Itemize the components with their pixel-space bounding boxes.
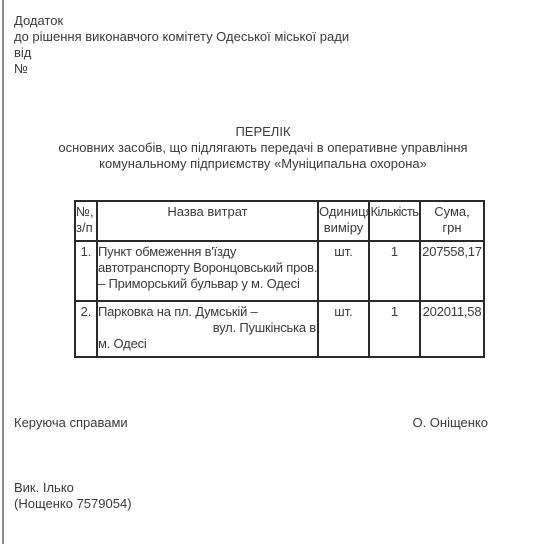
col-header-num-line-2: з/п [76, 220, 96, 236]
document-title-block: ПЕРЕЛІК основних засобів, що підлягають … [14, 124, 512, 172]
row-name-line: автотранспорту Воронцовський пров. [98, 260, 317, 276]
row-qty-cell: 1 [369, 301, 420, 357]
executor-block: Вик. Ілько (Нощенко 7579054) [14, 480, 556, 512]
executor-phone-line: (Нощенко 7579054) [14, 496, 556, 512]
col-header-num-line-1: №, [76, 204, 96, 220]
row-name-line: Пункт обмеження в'їзду [98, 244, 317, 260]
appendix-header: Додаток до рішення виконавчого комітету … [14, 13, 556, 77]
col-header-unit: Одиниця виміру [318, 201, 369, 241]
row-num-cell: 1. [75, 241, 97, 301]
row-sum-cell: 207558,17 [420, 241, 484, 301]
signature-row: Керуюча справами О. Оніщенко [14, 415, 488, 431]
row-name-cell: Пункт обмеження в'їзду автотранспорту Во… [97, 241, 318, 301]
window-left-edge-line [2, 0, 4, 544]
document-content: Додаток до рішення виконавчого комітету … [0, 0, 556, 512]
table-row: 2. Парковка на пл. Думській – вул. Пушкі… [75, 301, 484, 357]
appendix-header-line-2: до рішення виконавчого комітету Одеської… [14, 29, 556, 45]
col-header-num: №, з/п [75, 201, 97, 241]
row-num-cell: 2. [75, 301, 97, 357]
row-sum-cell: 202011,58 [420, 301, 484, 357]
row-name-line: – Приморський бульвар у м. Одесі [98, 276, 317, 292]
col-header-sum-line-2: грн [421, 220, 483, 236]
executor-name-line: Вик. Ілько [14, 480, 556, 496]
assets-table: №, з/п Назва витрат Одиниця виміру Кільк… [74, 200, 485, 358]
table-row: 1. Пункт обмеження в'їзду автотранспорту… [75, 241, 484, 301]
row-qty-cell: 1 [369, 241, 420, 301]
document-page: Додаток до рішення виконавчого комітету … [0, 0, 556, 544]
document-subtitle-line-1: основних засобів, що підлягають передачі… [14, 140, 512, 156]
row-name-line: Парковка на пл. Думській – [98, 304, 317, 320]
table-header-row: №, з/п Назва витрат Одиниця виміру Кільк… [75, 201, 484, 241]
appendix-header-line-4: № [14, 61, 556, 77]
document-subtitle-line-2: комунальному підприємству «Муніципальна … [14, 156, 512, 172]
document-title: ПЕРЕЛІК [14, 124, 512, 140]
appendix-header-line-1: Додаток [14, 13, 556, 29]
appendix-header-line-3: від [14, 45, 556, 61]
col-header-sum-line-1: Сума, [421, 204, 483, 220]
col-header-sum: Сума, грн [420, 201, 484, 241]
signature-name: О. Оніщенко [412, 415, 488, 431]
col-header-unit-line-1: Одиниця [319, 204, 368, 220]
row-name-line: м. Одесі [98, 336, 317, 352]
row-unit-cell: шт. [318, 301, 369, 357]
row-name-cell: Парковка на пл. Думській – вул. Пушкінсь… [97, 301, 318, 357]
col-header-name: Назва витрат [97, 201, 318, 241]
col-header-qty: Кількість [369, 201, 420, 241]
row-name-line: вул. Пушкінська в [98, 320, 317, 336]
col-header-unit-line-2: виміру [319, 220, 368, 236]
signature-role: Керуюча справами [14, 415, 128, 431]
row-unit-cell: шт. [318, 241, 369, 301]
